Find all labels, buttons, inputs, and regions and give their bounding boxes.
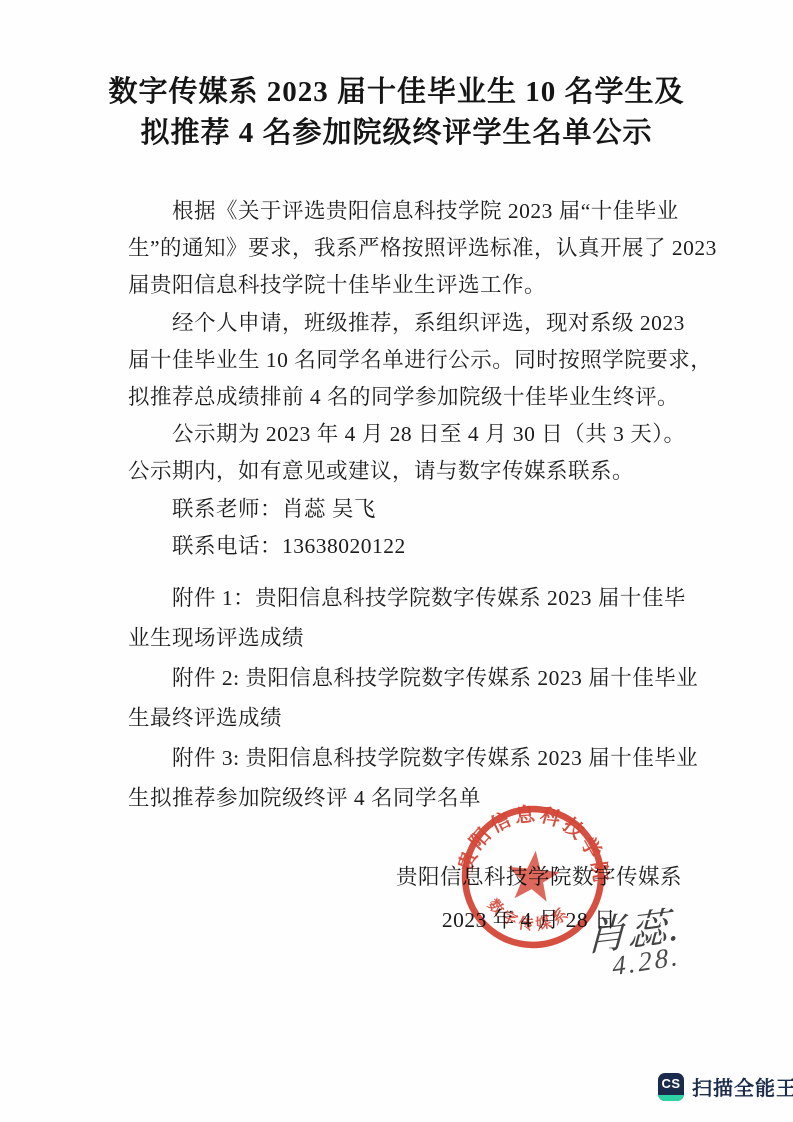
- attachment-2-line: 附件 2: 贵阳信息科技学院数字传媒系 2023 届十佳毕业: [128, 658, 676, 698]
- camscanner-icon-strip: [658, 1095, 684, 1101]
- paragraph-3-line: 公示期为 2023 年 4 月 28 日至 4 月 30 日（共 3 天）。: [128, 416, 669, 453]
- attachments-list: 附件 1：贵阳信息科技学院数字传媒系 2023 届十佳毕 业生现场评选成绩 附件…: [128, 578, 676, 818]
- body-text: 根据《关于评选贵阳信息科技学院 2023 届“十佳毕业 生”的通知》要求，我系严…: [128, 193, 669, 565]
- paragraph-3-line: 公示期内，如有意见或建议，请与数字传媒系联系。: [128, 453, 669, 490]
- paragraph-1-line: 根据《关于评选贵阳信息科技学院 2023 届“十佳毕业: [128, 193, 669, 230]
- paragraph-2-line: 经个人申请，班级推荐，系组织评选，现对系级 2023: [128, 305, 669, 342]
- paragraph-2-line: 拟推荐总成绩排前 4 名的同学参加院级十佳毕业生终评。: [128, 379, 669, 416]
- paragraph-2-line: 届十佳毕业生 10 名同学名单进行公示。同时按照学院要求，: [128, 342, 669, 379]
- document-title: 数字传媒系 2023 届十佳毕业生 10 名学生及 拟推荐 4 名参加院级终评学…: [0, 72, 793, 154]
- attachment-1-line: 业生现场评选成绩: [128, 618, 676, 658]
- contact-teacher-line: 联系老师：肖蕊 吴飞: [128, 491, 669, 528]
- contact-phone-line: 联系电话：13638020122: [128, 528, 669, 565]
- camscanner-app-icon: CS: [658, 1073, 684, 1101]
- stamp-star-icon: [505, 848, 562, 903]
- camscanner-icon-letters: CS: [661, 1073, 680, 1094]
- camscanner-app-name: 扫描全能王: [692, 1072, 793, 1101]
- scanned-document-page: 数字传媒系 2023 届十佳毕业生 10 名学生及 拟推荐 4 名参加院级终评学…: [0, 0, 793, 1122]
- attachment-1-line: 附件 1：贵阳信息科技学院数字传媒系 2023 届十佳毕: [128, 578, 676, 618]
- camscanner-watermark: CS 扫描全能王: [658, 1072, 793, 1101]
- title-line-1: 数字传媒系 2023 届十佳毕业生 10 名学生及: [0, 72, 793, 113]
- attachment-2-line: 生最终评选成绩: [128, 698, 676, 738]
- title-line-2: 拟推荐 4 名参加院级终评学生名单公示: [0, 113, 793, 154]
- attachment-3-line: 附件 3: 贵阳信息科技学院数字传媒系 2023 届十佳毕业: [128, 738, 676, 778]
- paragraph-1-line: 届贵阳信息科技学院十佳毕业生评选工作。: [128, 267, 669, 304]
- paragraph-1-line: 生”的通知》要求，我系严格按照评选标准，认真开展了 2023: [128, 230, 669, 267]
